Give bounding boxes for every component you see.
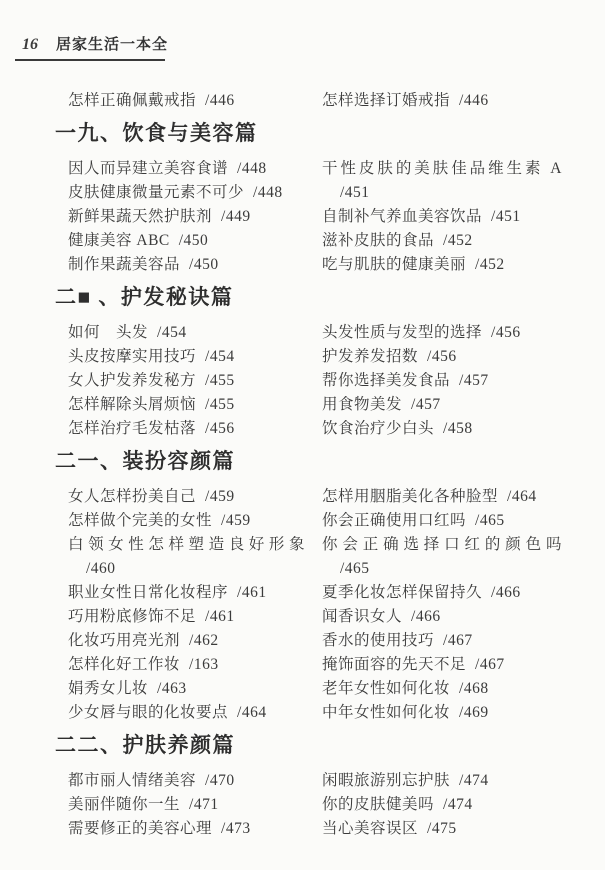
toc-entry: 你的皮肤健美吗/474 <box>322 793 562 817</box>
toc-entry-title: 新鲜果蔬天然护肤剂 <box>68 208 212 225</box>
toc-entry: 头发性质与发型的选择/456 <box>322 321 562 345</box>
toc-entry-title: 头皮按摩实用技巧 <box>68 348 196 365</box>
toc-entry: 怎样做个完美的女性/459 <box>68 509 305 533</box>
toc-entry-title: 饮食治疗少白头 <box>322 420 434 437</box>
book-page: 16居家生活一本全 怎样正确佩戴戒指/446 怎样选择订婚戒指/446 一九、饮… <box>0 0 605 870</box>
toc-entry-title: 怎样化好工作妆 <box>68 656 180 673</box>
toc-column-left: 怎样正确佩戴戒指/446 <box>68 89 305 113</box>
toc-entry-title: 用食物美发 <box>322 396 402 413</box>
section-heading: 二一、装扮容颜篇 <box>55 448 605 474</box>
toc-entry-title: 闲暇旅游别忘护肤 <box>322 772 450 789</box>
toc-entry-page: /464 <box>507 488 537 505</box>
toc-entry: 化妆巧用亮光剂/462 <box>68 629 305 653</box>
toc-entry-title: 怎样做个完美的女性 <box>68 512 212 529</box>
toc-entry-page: /452 <box>475 256 505 273</box>
toc-entry: 干性皮肤的美肤佳品维生素 A/451 <box>322 157 562 205</box>
toc-entry-title: 你会正确选择口红的颜色吗 <box>340 533 562 557</box>
toc-entry: 用食物美发/457 <box>322 393 562 417</box>
toc-entry-title: 干性皮肤的美肤佳品维生素 A <box>340 157 562 181</box>
toc-entry-page: /458 <box>443 420 473 437</box>
toc-entry: 自制补气养血美容饮品/451 <box>322 205 562 229</box>
toc-column-right: 怎样选择订婚戒指/446 <box>322 89 562 113</box>
toc-entry-title: 化妆巧用亮光剂 <box>68 632 180 649</box>
toc-entry-page: /456 <box>491 324 521 341</box>
toc-entry-title: 娟秀女儿妆 <box>68 680 148 697</box>
toc-entry: 都市丽人情绪美容/470 <box>68 769 305 793</box>
toc-entry: 职业女性日常化妆程序/461 <box>68 581 305 605</box>
toc-entry-page: /459 <box>205 488 235 505</box>
toc-entry-page: /471 <box>189 796 219 813</box>
toc-entry-page: /459 <box>221 512 251 529</box>
toc-column-right: 闲暇旅游别忘护肤/474 你的皮肤健美吗/474 当心美容误区/475 <box>322 769 562 841</box>
toc-entry: 需要修正的美容心理/473 <box>68 817 305 841</box>
toc-entry: 香水的使用技巧/467 <box>322 629 562 653</box>
toc-entry-page: /451 <box>340 181 562 205</box>
toc-column-left: 都市丽人情绪美容/470 美丽伴随你一生/471 需要修正的美容心理/473 <box>68 769 305 841</box>
toc-entry-title: 头发性质与发型的选择 <box>322 324 482 341</box>
toc-entry: 中年女性如何化妆/469 <box>322 701 562 725</box>
toc-entry-page: /450 <box>189 256 219 273</box>
toc-entry-page: /464 <box>237 704 267 721</box>
page-number: 16 <box>22 36 38 53</box>
toc-entry-title: 制作果蔬美容品 <box>68 256 180 273</box>
toc-entry-title: 帮你选择美发食品 <box>322 372 450 389</box>
toc-entry: 少女唇与眼的化妆要点/464 <box>68 701 305 725</box>
page-header: 16居家生活一本全 <box>15 33 165 61</box>
toc-entry-page: /468 <box>459 680 489 697</box>
toc-entry-page: /465 <box>475 512 505 529</box>
toc-entry-title: 怎样用胭脂美化各种脸型 <box>322 488 498 505</box>
toc-entry-page: /446 <box>459 92 489 109</box>
toc-entry: 女人怎样扮美自己/459 <box>68 485 305 509</box>
toc-entry-page: /456 <box>427 348 457 365</box>
toc-entry-title: 怎样正确佩戴戒指 <box>68 92 196 109</box>
toc-entry-title: 怎样治疗毛发枯落 <box>68 420 196 437</box>
toc-entry-title: 巧用粉底修饰不足 <box>68 608 196 625</box>
toc-entry-title: 老年女性如何化妆 <box>322 680 450 697</box>
toc-entry-title: 掩饰面容的先天不足 <box>322 656 466 673</box>
toc-entry-title: 皮肤健康微量元素不可少 <box>68 184 244 201</box>
toc-entry-title: 白领女性怎样塑造良好形象 <box>86 533 305 557</box>
toc-columns: 怎样正确佩戴戒指/446 怎样选择订婚戒指/446 <box>0 89 605 113</box>
toc-entry: 老年女性如何化妆/468 <box>322 677 562 701</box>
toc-entry-page: /448 <box>253 184 283 201</box>
toc-entry: 怎样正确佩戴戒指/446 <box>68 89 305 113</box>
toc-entry-page: /163 <box>189 656 219 673</box>
toc-entry-page: /460 <box>86 557 305 581</box>
toc-entry-page: /455 <box>205 372 235 389</box>
table-of-contents: 怎样正确佩戴戒指/446 怎样选择订婚戒指/446 一九、饮食与美容篇 因人而异… <box>0 58 605 841</box>
toc-entry-title: 怎样选择订婚戒指 <box>322 92 450 109</box>
toc-entry-title: 中年女性如何化妆 <box>322 704 450 721</box>
toc-column-left: 因人而异建立美容食谱/448 皮肤健康微量元素不可少/448 新鲜果蔬天然护肤剂… <box>68 157 305 277</box>
toc-entry: 女人护发养发秘方/455 <box>68 369 305 393</box>
toc-entry-page: /449 <box>221 208 251 225</box>
section-heading: 二二、护肤养颜篇 <box>55 732 605 758</box>
toc-entry-page: /454 <box>157 324 187 341</box>
toc-column-left: 女人怎样扮美自己/459 怎样做个完美的女性/459 白领女性怎样塑造良好形象/… <box>68 485 305 725</box>
toc-entry-page: /465 <box>340 557 562 581</box>
toc-section: 怎样正确佩戴戒指/446 怎样选择订婚戒指/446 <box>0 89 605 113</box>
toc-entry-page: /467 <box>475 656 505 673</box>
toc-columns: 女人怎样扮美自己/459 怎样做个完美的女性/459 白领女性怎样塑造良好形象/… <box>0 485 605 725</box>
toc-columns: 都市丽人情绪美容/470 美丽伴随你一生/471 需要修正的美容心理/473 闲… <box>0 769 605 841</box>
toc-entry-title: 香水的使用技巧 <box>322 632 434 649</box>
toc-entry-page: /461 <box>237 584 267 601</box>
toc-entry-page: /448 <box>237 160 267 177</box>
toc-entry-title: 夏季化妆怎样保留持久 <box>322 584 482 601</box>
toc-entry-page: /451 <box>491 208 521 225</box>
toc-entry-page: /457 <box>459 372 489 389</box>
toc-entry-page: /470 <box>205 772 235 789</box>
toc-entry-page: /461 <box>205 608 235 625</box>
toc-entry-title: 因人而异建立美容食谱 <box>68 160 228 177</box>
toc-entry: 怎样化好工作妆/163 <box>68 653 305 677</box>
toc-entry-page: /450 <box>179 232 209 249</box>
toc-entry: 当心美容误区/475 <box>322 817 562 841</box>
toc-entry: 健康美容 ABC/450 <box>68 229 305 253</box>
toc-entry: 护发养发招数/456 <box>322 345 562 369</box>
toc-entry-title: 需要修正的美容心理 <box>68 820 212 837</box>
toc-entry: 怎样解除头屑烦恼/455 <box>68 393 305 417</box>
toc-entry-title: 美丽伴随你一生 <box>68 796 180 813</box>
toc-entry-page: /467 <box>443 632 473 649</box>
toc-column-right: 头发性质与发型的选择/456 护发养发招数/456 帮你选择美发食品/457 用… <box>322 321 562 441</box>
toc-entry-page: /463 <box>157 680 187 697</box>
toc-entry: 新鲜果蔬天然护肤剂/449 <box>68 205 305 229</box>
toc-entry: 因人而异建立美容食谱/448 <box>68 157 305 181</box>
toc-entry: 帮你选择美发食品/457 <box>322 369 562 393</box>
toc-entry-page: /456 <box>205 420 235 437</box>
toc-entry-page: /474 <box>443 796 473 813</box>
toc-column-right: 干性皮肤的美肤佳品维生素 A/451 自制补气养血美容饮品/451 滋补皮肤的食… <box>322 157 562 277</box>
toc-entry-page: /466 <box>491 584 521 601</box>
toc-column-right: 怎样用胭脂美化各种脸型/464 你会正确使用口红吗/465 你会正确选择口红的颜… <box>322 485 562 725</box>
toc-entry: 巧用粉底修饰不足/461 <box>68 605 305 629</box>
toc-entry: 如何 头发/454 <box>68 321 305 345</box>
toc-entry-title: 怎样解除头屑烦恼 <box>68 396 196 413</box>
toc-columns: 因人而异建立美容食谱/448 皮肤健康微量元素不可少/448 新鲜果蔬天然护肤剂… <box>0 157 605 277</box>
toc-entry-page: /474 <box>459 772 489 789</box>
toc-entry-title: 健康美容 ABC <box>68 232 170 249</box>
toc-column-left: 如何 头发/454 头皮按摩实用技巧/454 女人护发养发秘方/455 怎样解除… <box>68 321 305 441</box>
toc-entry-page: /455 <box>205 396 235 413</box>
toc-entry-page: /475 <box>427 820 457 837</box>
toc-entry-title: 如何 头发 <box>68 324 148 341</box>
toc-entry-title: 女人怎样扮美自己 <box>68 488 196 505</box>
toc-entry-title: 少女唇与眼的化妆要点 <box>68 704 228 721</box>
toc-entry: 夏季化妆怎样保留持久/466 <box>322 581 562 605</box>
toc-entry-title: 都市丽人情绪美容 <box>68 772 196 789</box>
toc-entry: 怎样用胭脂美化各种脸型/464 <box>322 485 562 509</box>
toc-entry: 你会正确使用口红吗/465 <box>322 509 562 533</box>
toc-entry-title: 职业女性日常化妆程序 <box>68 584 228 601</box>
toc-section: 二■ 、护发秘诀篇 如何 头发/454 头皮按摩实用技巧/454 女人护发养发秘… <box>0 284 605 441</box>
toc-entry-page: /452 <box>443 232 473 249</box>
toc-entry-page: /466 <box>411 608 441 625</box>
toc-entry-page: /454 <box>205 348 235 365</box>
toc-entry: 闲暇旅游别忘护肤/474 <box>322 769 562 793</box>
toc-entry-title: 自制补气养血美容饮品 <box>322 208 482 225</box>
toc-entry: 饮食治疗少白头/458 <box>322 417 562 441</box>
toc-entry: 制作果蔬美容品/450 <box>68 253 305 277</box>
toc-entry-title: 闻香识女人 <box>322 608 402 625</box>
toc-entry: 掩饰面容的先天不足/467 <box>322 653 562 677</box>
toc-entry-title: 你的皮肤健美吗 <box>322 796 434 813</box>
toc-entry-page: /457 <box>411 396 441 413</box>
toc-entry-title: 女人护发养发秘方 <box>68 372 196 389</box>
toc-entry-page: /469 <box>459 704 489 721</box>
book-title: 居家生活一本全 <box>56 37 168 53</box>
toc-section: 二二、护肤养颜篇 都市丽人情绪美容/470 美丽伴随你一生/471 需要修正的美… <box>0 732 605 841</box>
toc-entry-title: 你会正确使用口红吗 <box>322 512 466 529</box>
toc-entry-title: 吃与肌肤的健康美丽 <box>322 256 466 273</box>
toc-entry-page: /462 <box>189 632 219 649</box>
section-heading: 二■ 、护发秘诀篇 <box>55 284 605 310</box>
toc-entry: 美丽伴随你一生/471 <box>68 793 305 817</box>
toc-entry-title: 滋补皮肤的食品 <box>322 232 434 249</box>
toc-entry-title: 当心美容误区 <box>322 820 418 837</box>
toc-entry: 滋补皮肤的食品/452 <box>322 229 562 253</box>
toc-entry: 怎样选择订婚戒指/446 <box>322 89 562 113</box>
section-heading: 一九、饮食与美容篇 <box>55 120 605 146</box>
toc-entry-page: /473 <box>221 820 251 837</box>
toc-entry: 白领女性怎样塑造良好形象/460 <box>68 533 305 581</box>
toc-entry: 头皮按摩实用技巧/454 <box>68 345 305 369</box>
toc-entry: 你会正确选择口红的颜色吗/465 <box>322 533 562 581</box>
toc-entry: 吃与肌肤的健康美丽/452 <box>322 253 562 277</box>
toc-section: 一九、饮食与美容篇 因人而异建立美容食谱/448 皮肤健康微量元素不可少/448… <box>0 120 605 277</box>
toc-section: 二一、装扮容颜篇 女人怎样扮美自己/459 怎样做个完美的女性/459 白领女性… <box>0 448 605 725</box>
toc-entry: 皮肤健康微量元素不可少/448 <box>68 181 305 205</box>
toc-entry: 怎样治疗毛发枯落/456 <box>68 417 305 441</box>
toc-entry: 娟秀女儿妆/463 <box>68 677 305 701</box>
toc-entry-page: /446 <box>205 92 235 109</box>
toc-columns: 如何 头发/454 头皮按摩实用技巧/454 女人护发养发秘方/455 怎样解除… <box>0 321 605 441</box>
toc-entry: 闻香识女人/466 <box>322 605 562 629</box>
toc-entry-title: 护发养发招数 <box>322 348 418 365</box>
